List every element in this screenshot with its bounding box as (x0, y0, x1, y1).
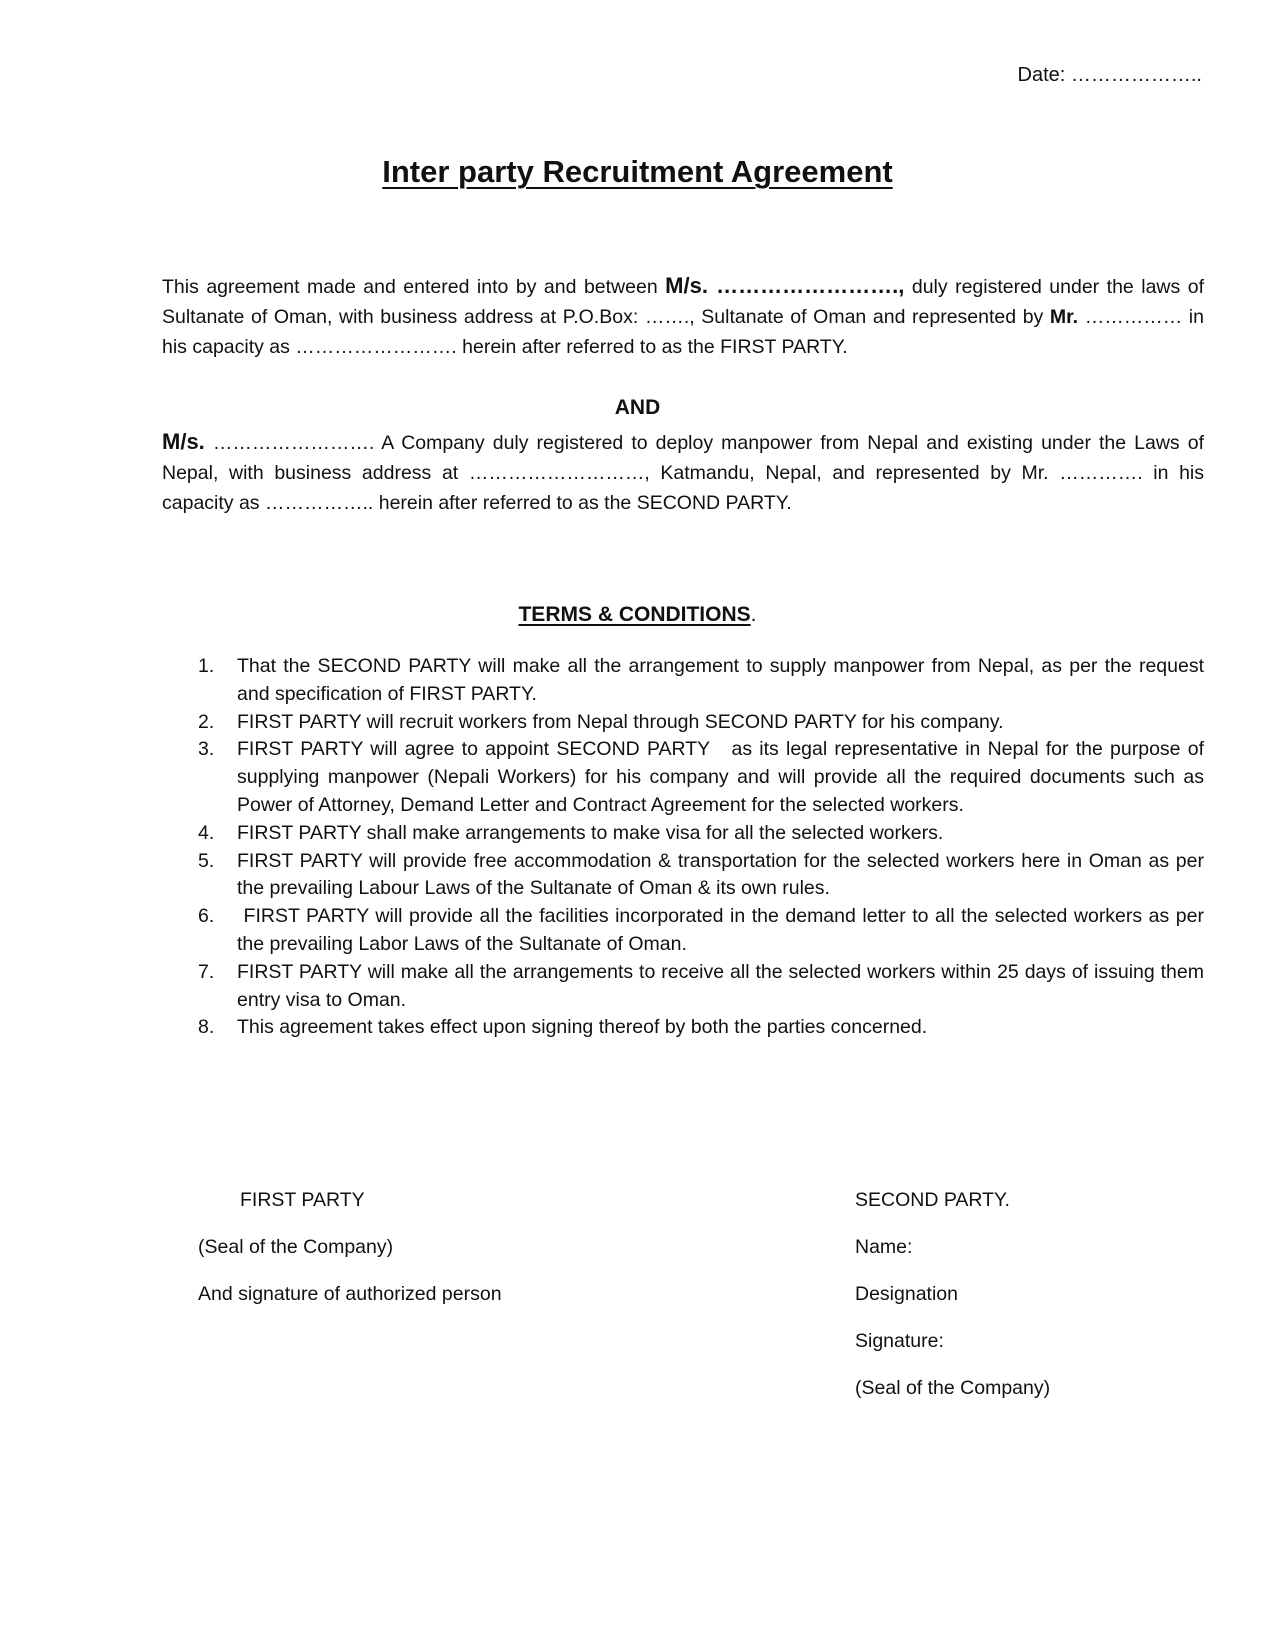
term-number: 1. (198, 653, 214, 681)
first-party-paragraph: This agreement made and entered into by … (162, 271, 1204, 362)
second-party-name-line: Name: (855, 1232, 1050, 1279)
second-party-signature-title: SECOND PARTY. (855, 1185, 1050, 1232)
second-party-paragraph: M/s. ……………………. A Company duly registered… (162, 427, 1204, 518)
document-title-text: Inter party Recruitment Agreement (382, 154, 892, 189)
term-text: That the SECOND PARTY will make all the … (237, 655, 1209, 705)
term-number: 2. (198, 709, 214, 737)
terms-heading-text: TERMS & CONDITIONS (518, 603, 750, 626)
terms-heading-suffix: . (751, 603, 757, 626)
first-party-ms-label: M/s. ……………………., (665, 273, 904, 298)
term-number: 4. (198, 820, 214, 848)
term-text: FIRST PARTY will agree to appoint SECOND… (237, 738, 1209, 816)
term-item: 3.FIRST PARTY will agree to appoint SECO… (198, 736, 1204, 819)
date-field: Date: ……………….. (1018, 64, 1202, 87)
term-text: FIRST PARTY will make all the arrangemen… (237, 961, 1209, 1011)
term-item: 8.This agreement takes effect upon signi… (198, 1014, 1204, 1042)
second-party-ms-label: M/s. (162, 429, 205, 454)
first-party-signature-title: FIRST PARTY (198, 1185, 502, 1232)
term-item: 6. FIRST PARTY will provide all the faci… (198, 903, 1204, 959)
first-party-mr-label: Mr. (1050, 306, 1078, 328)
term-text: This agreement takes effect upon signing… (237, 1016, 927, 1038)
first-party-seal-line: (Seal of the Company) (198, 1232, 502, 1279)
second-party-seal-line: (Seal of the Company) (855, 1373, 1050, 1420)
term-item: 4.FIRST PARTY shall make arrangements to… (198, 820, 1204, 848)
second-party-signature-line: Signature: (855, 1326, 1050, 1373)
term-item: 5.FIRST PARTY will provide free accommod… (198, 848, 1204, 904)
first-party-authorized-signature-line: And signature of authorized person (198, 1279, 502, 1326)
first-party-signature-block: FIRST PARTY (Seal of the Company) And si… (198, 1185, 502, 1326)
term-item: 2.FIRST PARTY will recruit workers from … (198, 709, 1204, 737)
document-title: Inter party Recruitment Agreement (0, 154, 1275, 190)
terms-heading: TERMS & CONDITIONS. (0, 603, 1275, 627)
term-number: 8. (198, 1014, 214, 1042)
and-separator: AND (0, 396, 1275, 420)
term-number: 5. (198, 848, 214, 876)
terms-list: 1.That the SECOND PARTY will make all th… (198, 653, 1204, 1042)
term-number: 7. (198, 959, 214, 987)
term-text: FIRST PARTY will provide free accommodat… (237, 850, 1209, 900)
second-party-signature-block: SECOND PARTY. Name: Designation Signatur… (855, 1185, 1050, 1420)
term-number: 3. (198, 736, 214, 764)
second-party-text: ……………………. A Company duly registered to d… (162, 432, 1204, 514)
term-item: 1.That the SECOND PARTY will make all th… (198, 653, 1204, 709)
term-text: FIRST PARTY shall make arrangements to m… (237, 822, 943, 844)
term-text: FIRST PARTY will provide all the facilit… (237, 905, 1209, 955)
term-text: FIRST PARTY will recruit workers from Ne… (237, 711, 1004, 733)
term-number: 6. (198, 903, 214, 931)
term-item: 7.FIRST PARTY will make all the arrangem… (198, 959, 1204, 1015)
second-party-designation-line: Designation (855, 1279, 1050, 1326)
agreement-page: Date: ……………….. Inter party Recruitment A… (0, 0, 1275, 1650)
first-party-lead: This agreement made and entered into by … (162, 276, 665, 298)
